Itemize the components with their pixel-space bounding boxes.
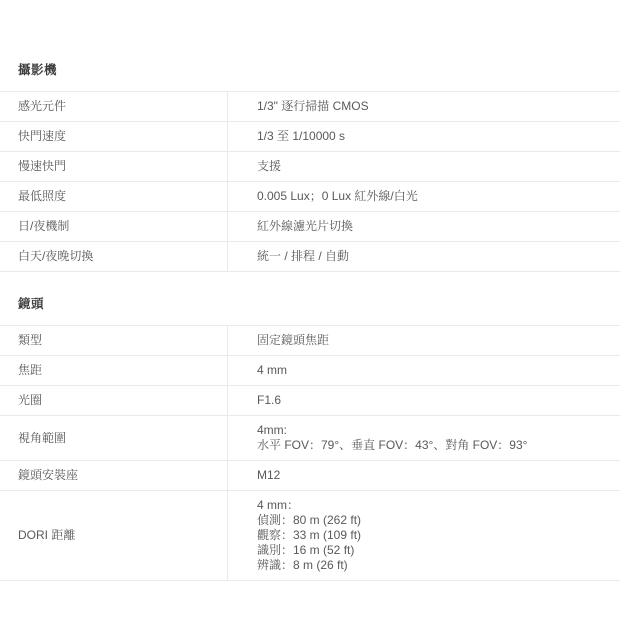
spec-label: 慢速快門 [0,152,228,181]
spec-value-line: 4mm: [257,423,610,438]
spec-value-line: 1/3" 逐行掃描 CMOS [257,99,610,114]
table-row: 最低照度0.005 Lux；0 Lux 紅外線/白光 [0,182,620,212]
spec-label: 鏡頭安裝座 [0,461,228,490]
spec-value-line: M12 [257,468,610,483]
spec-label: DORI 距離 [0,491,228,580]
spec-value-line: F1.6 [257,393,610,408]
spec-label: 最低照度 [0,182,228,211]
table-row: 焦距4 mm [0,356,620,386]
table-row: 感光元件1/3" 逐行掃描 CMOS [0,92,620,122]
spec-value: 固定鏡頭焦距 [228,326,620,355]
spec-label: 白天/夜晚切換 [0,242,228,271]
table-row: 白天/夜晚切換統一 / 排程 / 自動 [0,242,620,272]
spec-label: 視角範圍 [0,416,228,460]
spec-table: 感光元件1/3" 逐行掃描 CMOS快門速度1/3 至 1/10000 s慢速快… [0,91,620,272]
spec-value: 4 mm：偵測：80 m (262 ft)觀察：33 m (109 ft)識別：… [228,491,620,580]
spec-value-line: 4 mm [257,363,610,378]
spec-label: 焦距 [0,356,228,385]
spec-value: 0.005 Lux；0 Lux 紅外線/白光 [228,182,620,211]
table-row: 光圈F1.6 [0,386,620,416]
spec-value: 統一 / 排程 / 自動 [228,242,620,271]
spec-value-line: 統一 / 排程 / 自動 [257,249,610,264]
spec-value-line: 觀察：33 m (109 ft) [257,528,610,543]
spec-value-line: 支援 [257,159,610,174]
spec-value-line: 水平 FOV：79°、垂直 FOV：43°、對角 FOV：93° [257,438,610,453]
spec-value-line: 4 mm： [257,498,610,513]
spec-label: 類型 [0,326,228,355]
spec-value-line: 紅外線濾光片切換 [257,219,610,234]
table-row: 慢速快門支援 [0,152,620,182]
spec-label: 光圈 [0,386,228,415]
spec-value-line: 偵測：80 m (262 ft) [257,513,610,528]
spec-section-1: 鏡頭類型固定鏡頭焦距焦距4 mm光圈F1.6視角範圍4mm:水平 FOV：79°… [0,296,620,581]
table-row: 快門速度1/3 至 1/10000 s [0,122,620,152]
spec-value: M12 [228,461,620,490]
spec-label: 快門速度 [0,122,228,151]
spec-value: 4 mm [228,356,620,385]
spec-value: 紅外線濾光片切換 [228,212,620,241]
spec-page: 攝影機感光元件1/3" 逐行掃描 CMOS快門速度1/3 至 1/10000 s… [0,0,620,620]
spec-value-line: 辨識：8 m (26 ft) [257,558,610,573]
spec-value: 支援 [228,152,620,181]
spec-value: 4mm:水平 FOV：79°、垂直 FOV：43°、對角 FOV：93° [228,416,620,460]
table-row: 鏡頭安裝座M12 [0,461,620,491]
table-row: 日/夜機制紅外線濾光片切換 [0,212,620,242]
spec-value-line: 0.005 Lux；0 Lux 紅外線/白光 [257,189,610,204]
spec-value: 1/3" 逐行掃描 CMOS [228,92,620,121]
spec-section-0: 攝影機感光元件1/3" 逐行掃描 CMOS快門速度1/3 至 1/10000 s… [0,62,620,272]
spec-value: F1.6 [228,386,620,415]
spec-label: 感光元件 [0,92,228,121]
table-row: 類型固定鏡頭焦距 [0,326,620,356]
table-row: DORI 距離4 mm：偵測：80 m (262 ft)觀察：33 m (109… [0,491,620,581]
spec-value: 1/3 至 1/10000 s [228,122,620,151]
table-row: 視角範圍4mm:水平 FOV：79°、垂直 FOV：43°、對角 FOV：93° [0,416,620,461]
spec-label: 日/夜機制 [0,212,228,241]
spec-table: 類型固定鏡頭焦距焦距4 mm光圈F1.6視角範圍4mm:水平 FOV：79°、垂… [0,325,620,581]
section-title: 攝影機 [18,62,620,78]
section-title: 鏡頭 [18,296,620,312]
spec-value-line: 固定鏡頭焦距 [257,333,610,348]
spec-value-line: 1/3 至 1/10000 s [257,129,610,144]
spec-value-line: 識別：16 m (52 ft) [257,543,610,558]
